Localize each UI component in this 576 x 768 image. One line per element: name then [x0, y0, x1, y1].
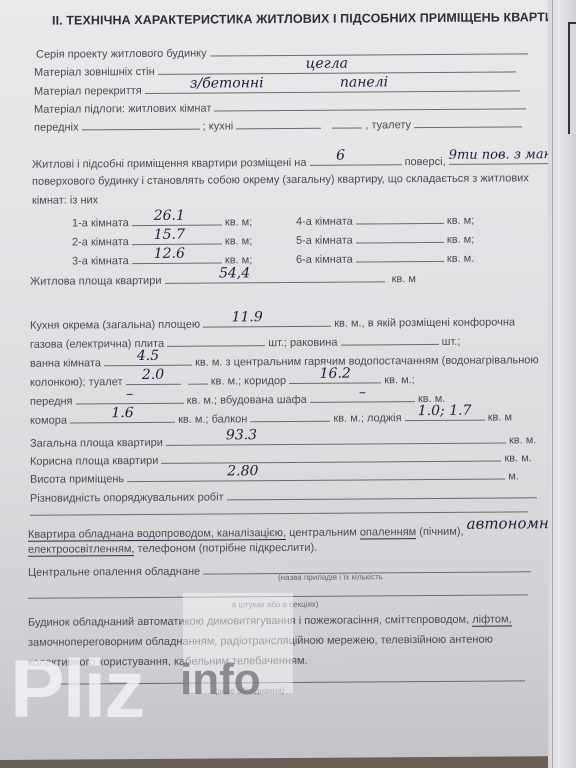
- lift-text: ліфтом,: [472, 613, 511, 626]
- corridor-label: кв. м.; коридор: [211, 375, 286, 388]
- room-area-field: [356, 211, 444, 225]
- hall-label: передня: [30, 395, 73, 407]
- kitchen-field: [236, 116, 321, 130]
- room-area-field: 26.1: [132, 212, 222, 226]
- living-area-label: Житлова площа квартири: [30, 275, 161, 288]
- room-label: 3-а кімната: [72, 255, 129, 267]
- hall-field: –: [76, 391, 184, 405]
- page-edge: [548, 0, 576, 768]
- central-heating-label: Центральне опалення обладнане: [28, 566, 200, 579]
- utilities-row-2: електроосвітленням, телефоном (потрібне …: [28, 542, 317, 556]
- total-area-unit: кв. м.: [509, 434, 536, 446]
- kitchen-area-field: 11.9: [203, 314, 331, 328]
- kitchen-row: Кухня окрема (загальна) площею 11.9 кв. …: [30, 312, 515, 331]
- room-row: 4-а кімната кв. м;: [296, 211, 474, 228]
- closet-field: –: [310, 389, 415, 403]
- living-area-unit: кв. м: [392, 273, 416, 285]
- total-area-row: Загальна площа квартири 93.3 кв. м.: [30, 430, 536, 450]
- living-area-field: 54,4: [165, 269, 385, 284]
- room-unit: кв. м.: [447, 253, 474, 265]
- caption-devices: (назва приладів і їх кількість: [278, 572, 383, 582]
- section-title: II. ТЕХНІЧНА ХАРАКТЕРИСТИКА ЖИТЛОВИХ І П…: [52, 10, 571, 28]
- stove-row: газова (електрична) плита шт.; раковина …: [30, 332, 460, 351]
- kitchen-suffix: кв. м., в якій розміщені конфорочна: [334, 316, 515, 329]
- room-label: 1-а кімната: [72, 217, 129, 229]
- living-area-row: Житлова площа квартири 54,4 кв. м: [30, 269, 416, 288]
- toilet-label: , туалету: [365, 119, 411, 131]
- hallway-label: передніх: [34, 121, 79, 133]
- room-unit: кв. м;: [447, 215, 474, 227]
- height-unit: м.: [508, 470, 519, 482]
- total-area-field: 93.3: [166, 430, 506, 445]
- storeys-field: 9ти пов. з ман.: [449, 151, 549, 165]
- utilities-text: Квартира обладнана водопроводом, каналіз…: [28, 527, 286, 542]
- stove-field: [167, 333, 265, 347]
- location-text-2: поверхового будинку і становлять собою о…: [32, 172, 529, 187]
- room-label: 2-а кімната: [72, 236, 129, 248]
- page-fold: [552, 0, 553, 768]
- flooring-row: Матеріал підлоги: житлових кімнат: [34, 96, 526, 115]
- ceiling-label: Матеріал перекриття: [34, 85, 142, 98]
- room-unit: кв. м;: [225, 216, 252, 228]
- kitchen-area-label: Кухня окрема (загальна) площею: [30, 319, 200, 332]
- height-field: 2.80: [127, 466, 505, 482]
- central-text: центральним: [289, 527, 357, 539]
- utilities-row: Квартира обладнана водопроводом, каналіз…: [28, 520, 571, 542]
- toilet-field: [414, 114, 522, 128]
- kitchen-field-2: [332, 115, 362, 128]
- location-row: Житлові і підсобні приміщення квартири р…: [32, 151, 549, 171]
- walls-label: Матеріал зовнішніх стін: [34, 66, 155, 79]
- useful-area-label: Корисна площа квартири: [30, 455, 158, 468]
- location-text-3: кімнат: із них: [32, 194, 98, 206]
- toilet-area-field-2: [188, 372, 208, 385]
- balcony-field: [250, 409, 330, 423]
- flooring-rooms-row: передніх ; кухні , туалету: [34, 114, 522, 133]
- sink-unit: шт.;: [442, 336, 461, 348]
- loggia-field: 1.0; 1.7: [405, 408, 485, 422]
- floor-field: 6: [310, 152, 402, 166]
- ceiling-row: Матеріал перекриття з/бетонні панелі: [34, 78, 520, 97]
- location-text: Житлові і підсобні приміщення квартири р…: [32, 157, 306, 171]
- loggia-label: кв. м.; лоджія: [333, 412, 401, 424]
- room-unit: кв. м;: [225, 235, 252, 247]
- height-row: Висота приміщень 2.80 м.: [30, 466, 519, 485]
- balcony-label: кв. м.; балкон: [178, 413, 247, 425]
- watermark-info: info: [180, 655, 261, 705]
- room-area-field: [356, 249, 444, 263]
- stove-unit: шт.; раковина: [268, 337, 337, 349]
- closet-label: кв. м.; вбудована шафа: [187, 394, 307, 407]
- flooring-field: [214, 96, 526, 111]
- ceiling-field: з/бетонні панелі: [145, 78, 520, 94]
- room-area-field: [356, 230, 444, 244]
- room-area-field: 15.7: [132, 231, 222, 245]
- adjacent-page-frame: [568, 22, 576, 134]
- height-label: Висота приміщень: [30, 473, 124, 486]
- loggia-unit: кв. м: [488, 411, 512, 423]
- hallway-field: [82, 117, 200, 131]
- room-area-field: 12.6: [132, 250, 222, 264]
- room-label: 4-а кімната: [296, 216, 353, 228]
- bath-row: ванна кімната 4.5 кв. м. з централь­ним …: [30, 350, 539, 370]
- finish-field: [227, 485, 537, 500]
- finish-rule: [30, 511, 528, 515]
- bath-field: 4.5: [104, 353, 192, 367]
- flooring-label: Матеріал підлоги: житлових кімнат: [34, 103, 211, 116]
- walls-field: цегла: [158, 59, 516, 74]
- storage-row: комора 1.6 кв. м.; балкон кв. м.; лоджія…: [30, 407, 512, 426]
- room-row: 5-а кімната кв. м;: [296, 230, 474, 247]
- finish-label: Різновидність опоряджувальних робіт: [30, 491, 224, 504]
- heating-text: опаленням: [360, 526, 416, 539]
- storage-field: 1.6: [70, 410, 175, 424]
- sink-field: [341, 332, 439, 346]
- phone-text: телефоном (потрібне підкреслити).: [138, 542, 318, 555]
- corridor-field: 16.2: [289, 370, 381, 384]
- electric-text: електроосвітленням,: [28, 543, 134, 557]
- kitchen-label: ; кухні: [203, 120, 234, 132]
- room-unit: кв. м;: [447, 234, 474, 246]
- useful-area-unit: кв. м.: [504, 452, 531, 464]
- bath-label: ванна кімната: [30, 357, 101, 369]
- floor-suffix: поверсі,: [405, 156, 446, 168]
- room-row: 6-а кімната кв. м.: [296, 249, 474, 266]
- storage-label: комора: [30, 415, 67, 427]
- room-label: 5-а кімната: [296, 235, 353, 247]
- stove-heating-text: (пічним),: [419, 526, 463, 538]
- toilet-area-field: 2.0: [126, 372, 181, 385]
- finish-row: Різновидність опоряджувальних робіт: [30, 485, 537, 505]
- total-area-label: Загальна площа квартири: [30, 437, 163, 450]
